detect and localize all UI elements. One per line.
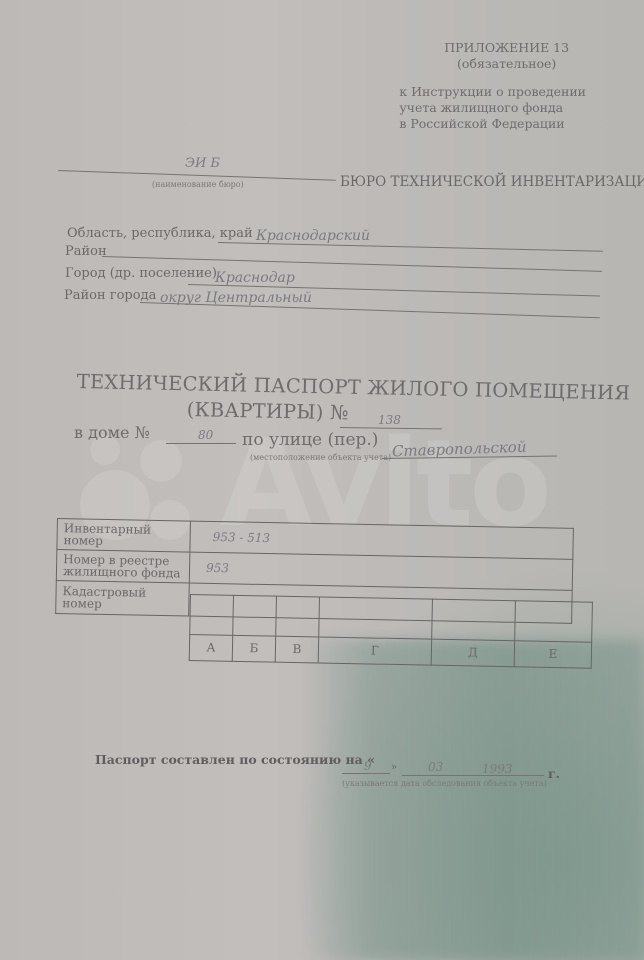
registry-number-label: Номер в реестре жилищного фонда (56, 550, 190, 584)
cadastral-cell-b[interactable] (233, 595, 277, 636)
house-number-underline (166, 443, 236, 444)
cadastral-column-label: Г (318, 637, 431, 665)
cadastral-cell-d[interactable] (432, 599, 516, 641)
cadastral-column-label: А (189, 635, 232, 662)
city-value[interactable]: Краснодар (215, 270, 295, 286)
location-caption: (местоположение объекта учета) (250, 453, 391, 462)
cadastral-number-label: Кадастровый номер (56, 580, 190, 616)
street-label: по улице (пер.) (242, 430, 378, 450)
city-district-label: Район города (64, 288, 156, 303)
year-suffix: г. (548, 766, 560, 781)
day-underline (342, 773, 390, 774)
cadastral-column-label: Д (431, 639, 514, 667)
cadastral-column-label: Б (232, 635, 275, 662)
house-number-value[interactable]: 80 (198, 428, 213, 442)
cadastral-cell-e[interactable] (515, 601, 593, 642)
apartment-number-value[interactable]: 138 (378, 413, 401, 427)
city-label: Город (др. поселение) (65, 266, 217, 281)
compiled-month[interactable]: 03 (428, 760, 443, 774)
photo-shadow (300, 640, 644, 960)
compiled-caption: (указывается дата обследования объекта у… (342, 779, 547, 788)
appendix-line: к Инструкции о проведении (399, 84, 586, 100)
month-year-underline (402, 775, 544, 776)
compiled-day[interactable]: 9 (364, 759, 372, 773)
district-label: Район (65, 244, 107, 259)
cadastral-cell-a[interactable] (190, 595, 234, 636)
bureau-caption: (наименование бюро) (152, 180, 244, 189)
registry-number-value[interactable]: 953 (196, 561, 229, 576)
inventory-number-value[interactable]: 953 - 513 (197, 530, 271, 545)
appendix-subtitle: (обязательное) (427, 56, 586, 72)
cadastral-column-label: В (275, 636, 318, 663)
cadastral-column-label: Е (514, 641, 591, 668)
cadastral-cell-v[interactable] (276, 596, 320, 637)
appendix-line: в Российской Федерации (399, 116, 586, 132)
appendix-title: ПРИЛОЖЕНИЕ 13 (427, 40, 586, 56)
cadastral-grid: А Б В Г Д Е (189, 594, 593, 669)
appendix-block: ПРИЛОЖЕНИЕ 13 (обязательное) к Инструкци… (399, 40, 586, 132)
cadastral-cell-g[interactable] (319, 597, 433, 639)
inventory-number-label: Инвентарный номер (57, 519, 191, 553)
passport-title-apartment: (КВАРТИРЫ) № (187, 398, 349, 424)
compiled-label: Паспорт составлен по состоянию на « (95, 752, 375, 767)
bureau-title: БЮРО ТЕХНИЧЕСКОЙ ИНВЕНТАРИЗАЦИИ (340, 174, 644, 190)
house-label: в доме № (74, 423, 150, 442)
city-district-value[interactable]: округ Центральный (160, 290, 312, 306)
appendix-line: учета жилищного фонда (399, 100, 586, 116)
quote-close: » (391, 762, 397, 773)
bureau-handwritten: ЭИ Б (185, 156, 220, 171)
region-value[interactable]: Краснодарский (256, 228, 370, 244)
region-label: Область, республика, край (67, 226, 253, 241)
compiled-year[interactable]: 1993 (482, 762, 513, 776)
